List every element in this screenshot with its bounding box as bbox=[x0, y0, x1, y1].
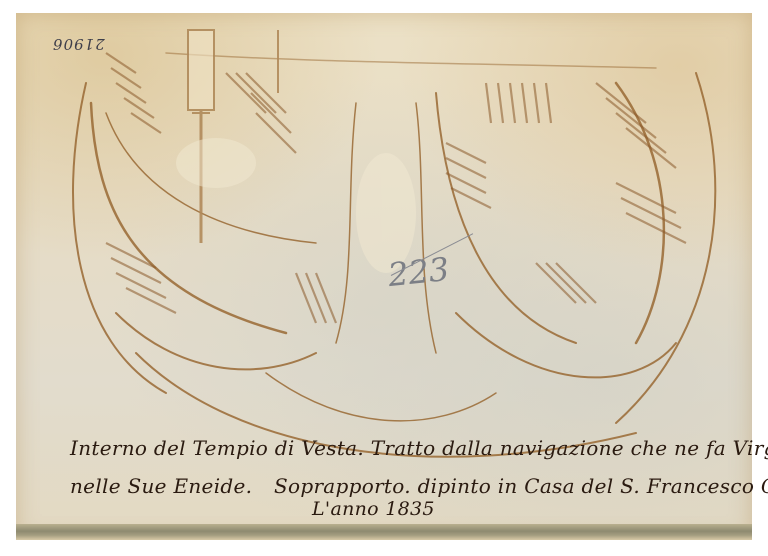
temple-interior-sketch bbox=[16, 13, 752, 540]
inventory-number: 21906 bbox=[52, 35, 105, 53]
inscription-date: L'anno 1835 bbox=[312, 498, 435, 520]
inscription-line-1: Interno del Tempio di Vesta. Tratto dall… bbox=[70, 436, 768, 460]
stained-bottom-edge bbox=[16, 524, 752, 540]
inscription-line-2-right: Soprapporto. dipinto in Casa del S. Fran… bbox=[274, 474, 768, 498]
paper-sheet: 21906 223 bbox=[16, 13, 752, 540]
inscription-line-2-left: nelle Sue Eneide. bbox=[70, 474, 252, 498]
